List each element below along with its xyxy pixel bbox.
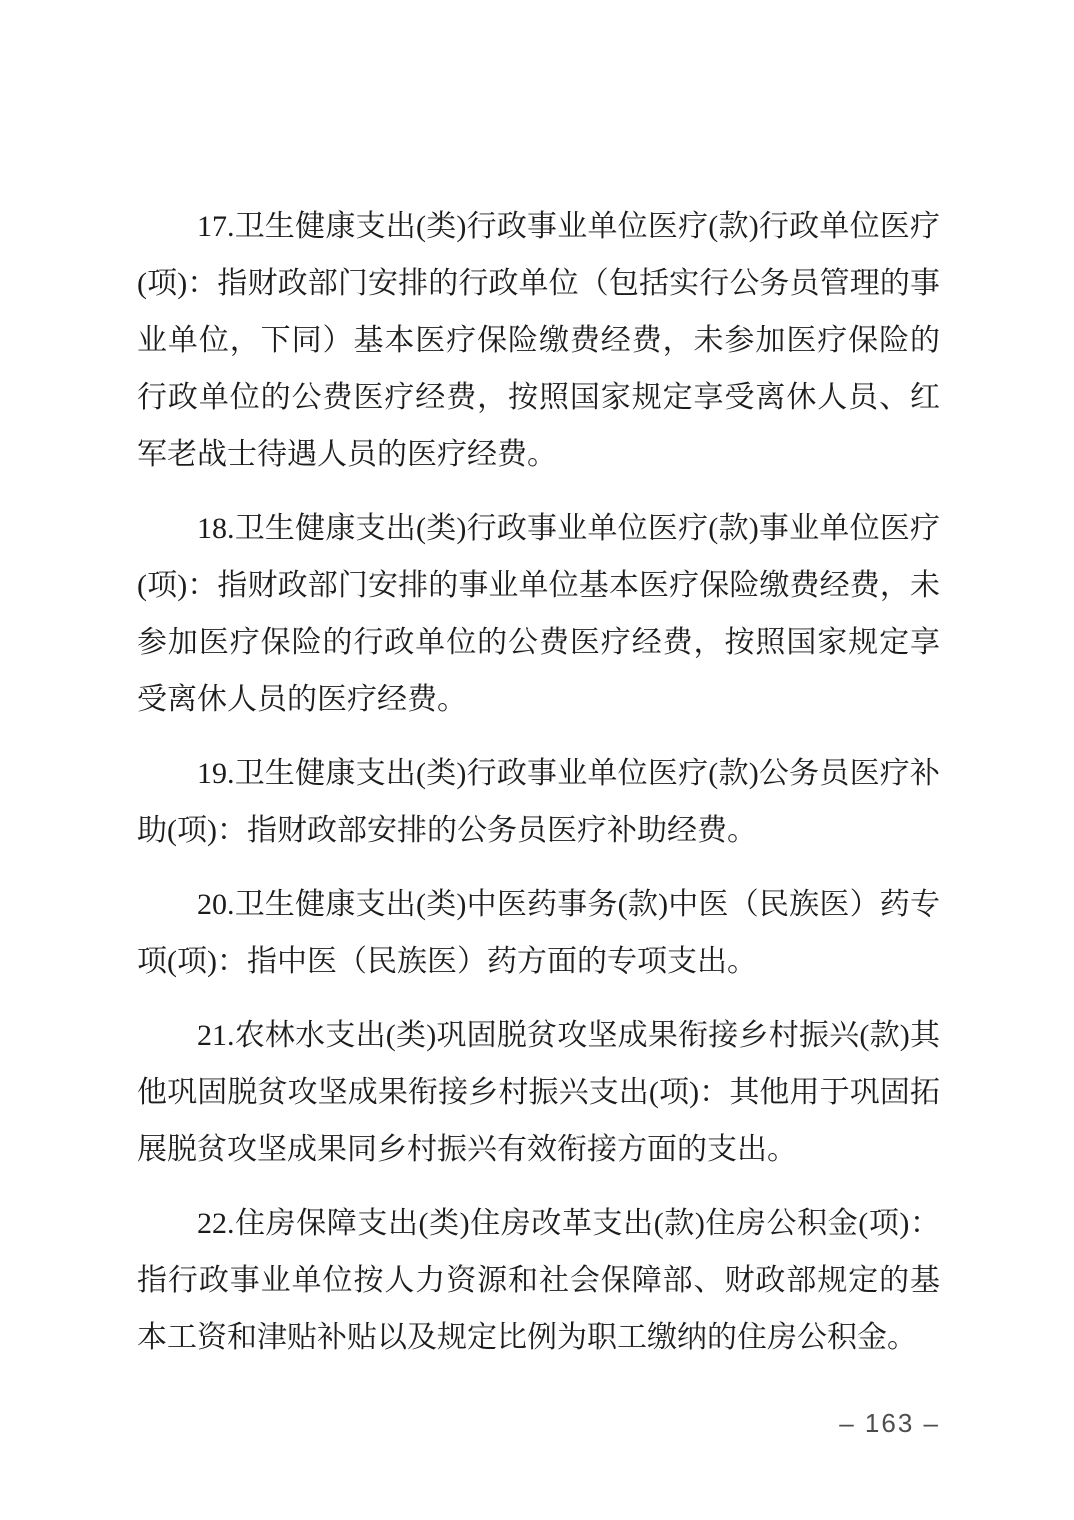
paragraph-20: 20.卫生健康支出(类)中医药事务(款)中医（民族医）药专项(项)：指中医（民族… — [137, 876, 940, 990]
paragraph-22: 22.住房保障支出(类)住房改革支出(款)住房公积金(项)：指行政事业单位按人力… — [137, 1195, 940, 1366]
paragraph-19: 19.卫生健康支出(类)行政事业单位医疗(款)公务员医疗补助(项)：指财政部安排… — [137, 745, 940, 859]
document-page: 17.卫生健康支出(类)行政事业单位医疗(款)行政单位医疗(项)：指财政部门安排… — [0, 0, 1074, 1520]
paragraph-21: 21.农林水支出(类)巩固脱贫攻坚成果衔接乡村振兴(款)其他巩固脱贫攻坚成果衔接… — [137, 1007, 940, 1178]
document-body: 17.卫生健康支出(类)行政事业单位医疗(款)行政单位医疗(项)：指财政部门安排… — [137, 198, 940, 1383]
paragraph-17: 17.卫生健康支出(类)行政事业单位医疗(款)行政单位医疗(项)：指财政部门安排… — [137, 198, 940, 483]
page-number: – 163 – — [839, 1408, 940, 1439]
paragraph-18: 18.卫生健康支出(类)行政事业单位医疗(款)事业单位医疗(项)：指财政部门安排… — [137, 500, 940, 728]
